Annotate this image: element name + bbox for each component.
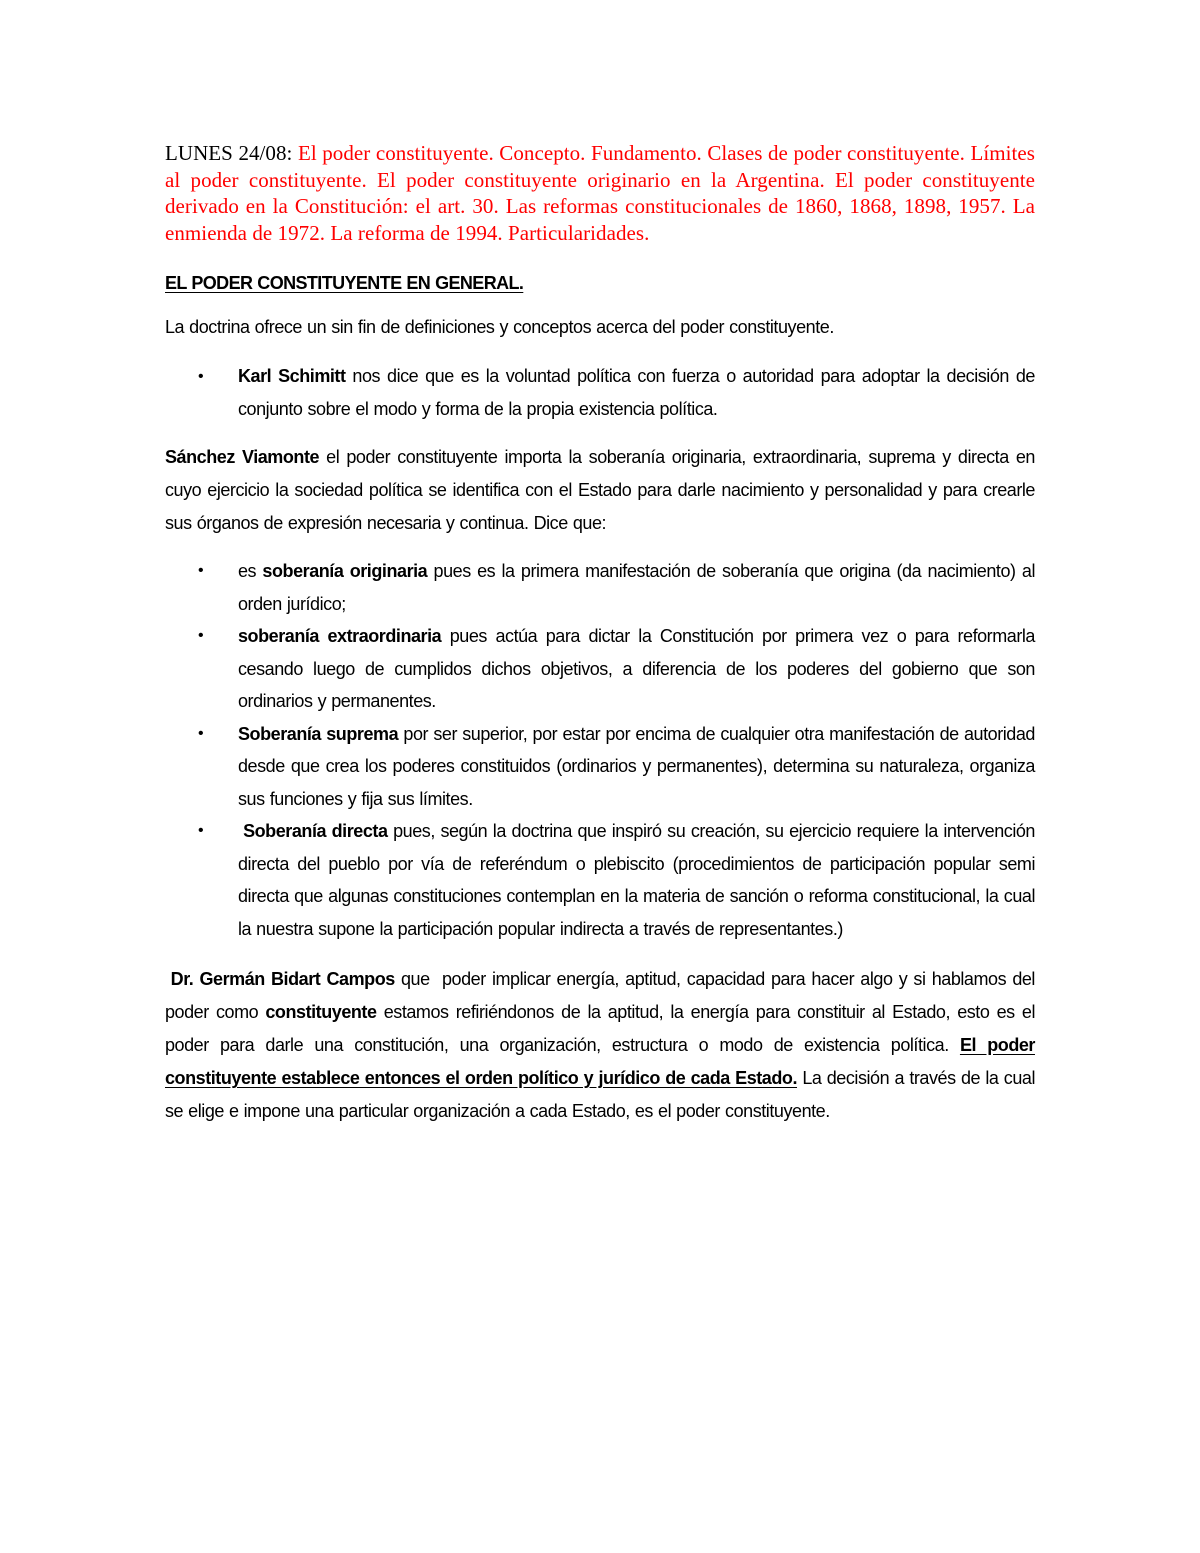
bullet-icon: • — [198, 718, 203, 751]
author-text: nos dice que es la voluntad política con… — [238, 366, 1035, 419]
item-term: Soberanía suprema — [238, 724, 398, 744]
list-item-schmitt: •Karl Schimitt nos dice que es la volunt… — [165, 360, 1035, 426]
document-body: EL PODER CONSTITUYENTE EN GENERAL. La do… — [165, 270, 1035, 1128]
class-header: LUNES 24/08: El poder constituyente. Con… — [165, 140, 1035, 246]
class-date: LUNES 24/08: — [165, 141, 298, 165]
author-name: Sánchez Viamonte — [165, 447, 319, 467]
schmitt-list: •Karl Schimitt nos dice que es la volunt… — [165, 360, 1035, 426]
bidart-paragraph: Dr. Germán Bidart Campos que poder impli… — [165, 963, 1035, 1128]
emphasis-term: constituyente — [265, 1002, 376, 1022]
item-term: soberanía originaria — [262, 561, 427, 581]
list-item: •es soberanía originaria pues es la prim… — [165, 555, 1035, 620]
bullet-icon: • — [198, 360, 203, 393]
bullet-icon: • — [198, 555, 203, 588]
list-item: • Soberanía directa pues, según la doctr… — [165, 815, 1035, 945]
item-prefix: es — [238, 561, 262, 581]
list-item: •Soberanía suprema por ser superior, por… — [165, 718, 1035, 816]
bullet-icon: • — [198, 815, 203, 848]
viamonte-paragraph: Sánchez Viamonte el poder constituyente … — [165, 441, 1035, 540]
document-page: LUNES 24/08: El poder constituyente. Con… — [165, 140, 1035, 1143]
soberania-list: •es soberanía originaria pues es la prim… — [165, 555, 1035, 945]
section-title: EL PODER CONSTITUYENTE EN GENERAL. — [165, 270, 1035, 296]
item-term: soberanía extraordinaria — [238, 626, 441, 646]
bullet-icon: • — [198, 620, 203, 653]
item-term: Soberanía directa — [243, 821, 387, 841]
author-name: Dr. Germán Bidart Campos — [165, 969, 395, 989]
author-name: Karl Schimitt — [238, 366, 346, 386]
intro-paragraph: La doctrina ofrece un sin fin de definic… — [165, 314, 1035, 340]
list-item: •soberanía extraordinaria pues actúa par… — [165, 620, 1035, 718]
